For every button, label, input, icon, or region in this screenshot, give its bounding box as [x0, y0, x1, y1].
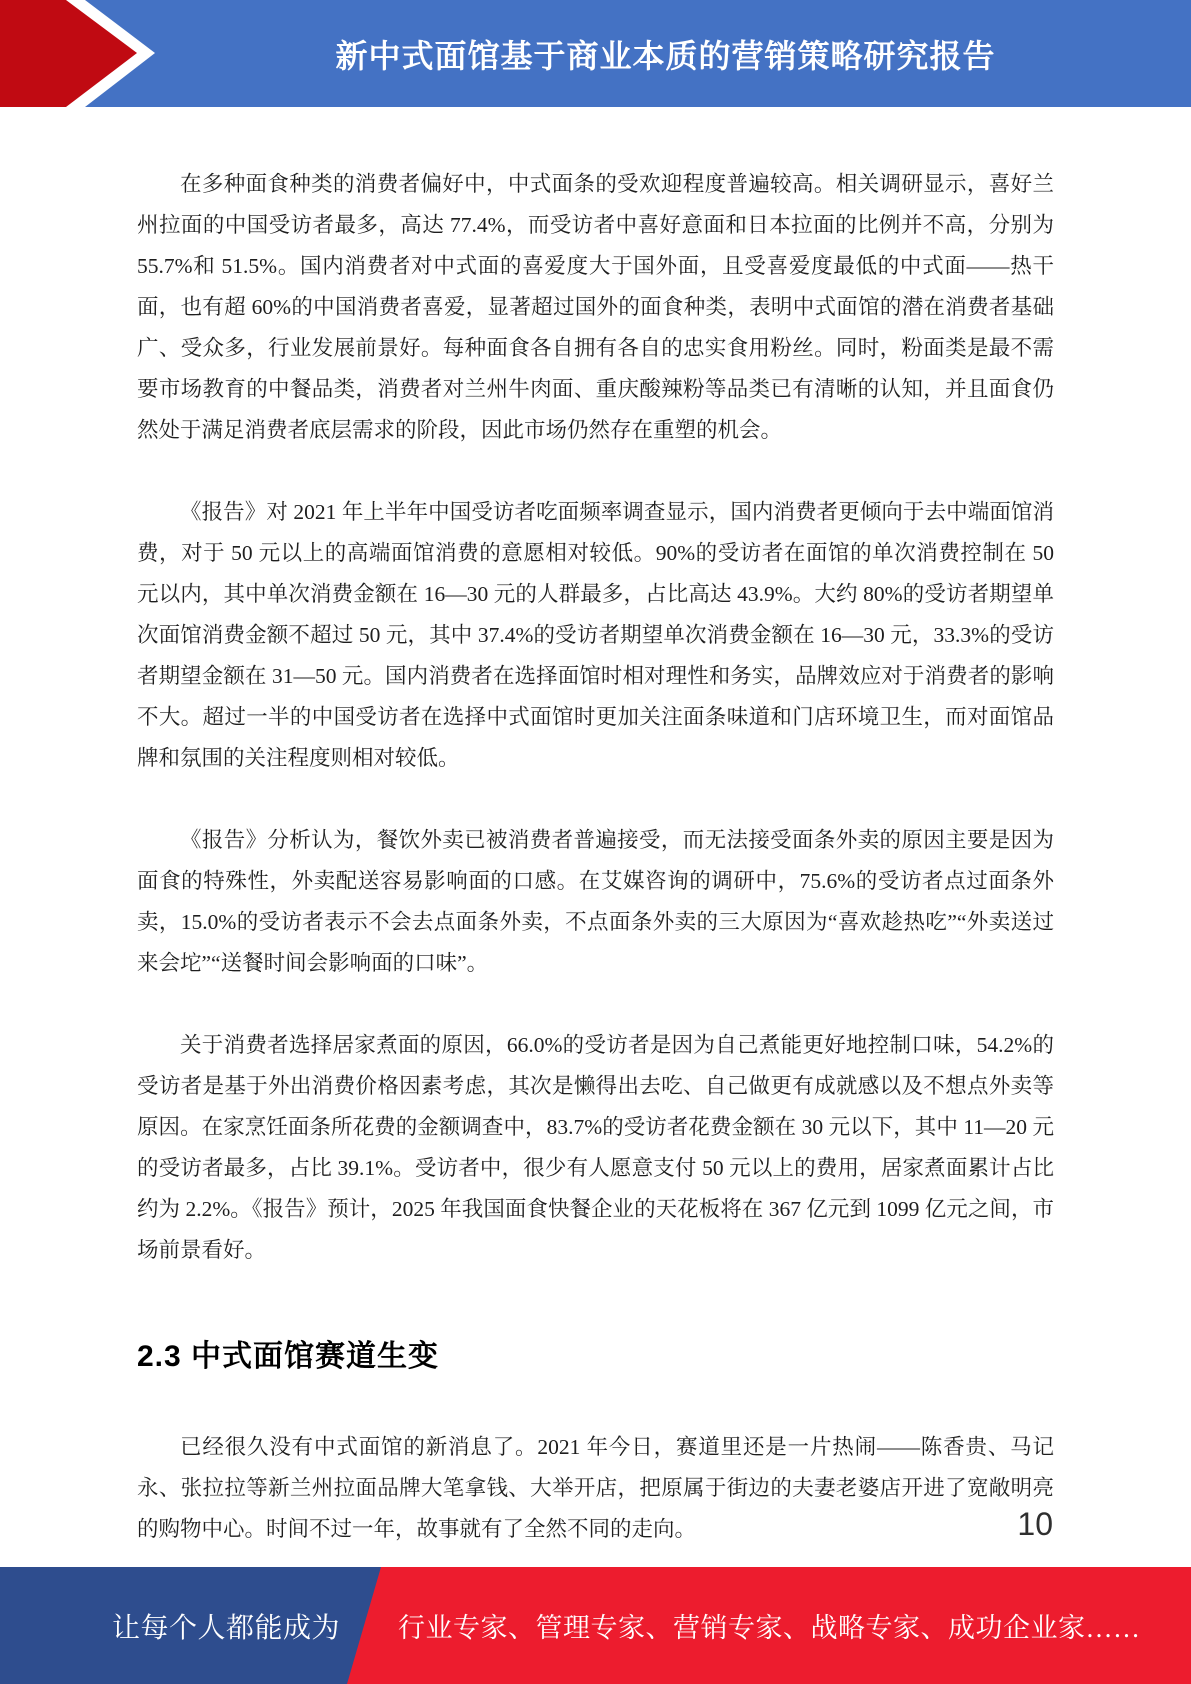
document-page: 新中式面馆基于商业本质的营销策略研究报告 在多种面食种类的消费者偏好中，中式面条… — [0, 0, 1191, 1684]
page-footer: 让每个人都能成为 行业专家、管理专家、营销专家、战略专家、成功企业家…… — [0, 1567, 1191, 1684]
paragraph: 关于消费者选择居家煮面的原因，66.0%的受访者是因为自己煮能更好地控制口味，5… — [137, 1025, 1054, 1271]
footer-slogan-right: 行业专家、管理专家、营销专家、战略专家、成功企业家…… — [398, 1567, 1171, 1684]
page-number: 10 — [1017, 1506, 1053, 1543]
paragraph: 《报告》分析认为，餐饮外卖已被消费者普遍接受，而无法接受面条外卖的原因主要是因为… — [137, 820, 1054, 984]
page-body: 在多种面食种类的消费者偏好中，中式面条的受欢迎程度普遍较高。相关调研显示，喜好兰… — [137, 164, 1054, 1591]
paragraph: 《报告》对 2021 年上半年中国受访者吃面频率调查显示，国内消费者更倾向于去中… — [137, 492, 1054, 779]
paragraph: 在多种面食种类的消费者偏好中，中式面条的受欢迎程度普遍较高。相关调研显示，喜好兰… — [137, 164, 1054, 451]
page-header: 新中式面馆基于商业本质的营销策略研究报告 — [0, 0, 1191, 107]
footer-slogan-left: 让每个人都能成为 — [0, 1567, 340, 1684]
paragraph: 已经很久没有中式面馆的新消息了。2021 年今日，赛道里还是一片热闹——陈香贵、… — [137, 1427, 1054, 1550]
report-title: 新中式面馆基于商业本质的营销策略研究报告 — [160, 0, 1171, 107]
section-heading: 2.3 中式面馆赛道生变 — [137, 1331, 1054, 1375]
red-arrow-icon — [0, 0, 160, 107]
